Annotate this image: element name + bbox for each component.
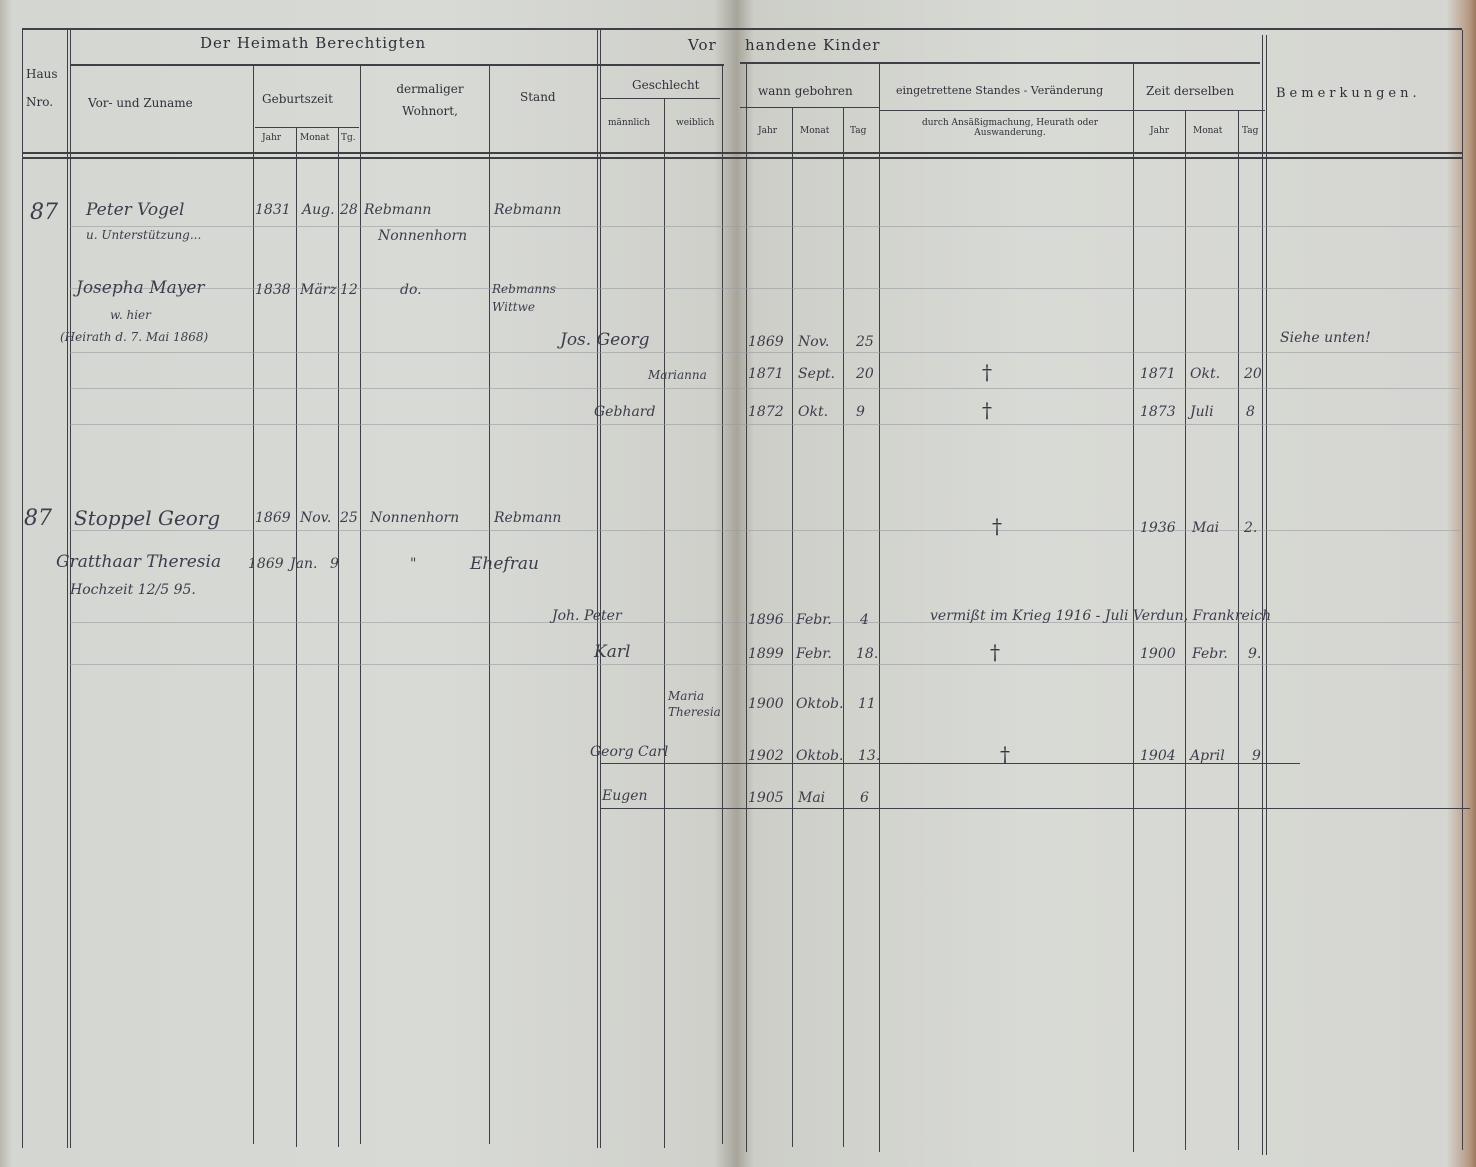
standes-veraenderung-header: eingetrettene Standes - Veränderung [896, 84, 1103, 97]
kind-monat-header: Monat [800, 126, 829, 136]
event-month: Juli [1190, 404, 1214, 420]
tag-header: Tg. [341, 133, 356, 143]
child-birth-day: 9 [856, 404, 865, 420]
zeit-jahr-header: Jahr [1150, 126, 1169, 136]
head-birth-month: Nov. [300, 510, 331, 526]
right-title-part1: Vor [688, 36, 717, 54]
event-day: 9. [1248, 646, 1261, 662]
child-birth-day: 6 [860, 790, 869, 806]
head-birth-day: 25 [340, 510, 358, 526]
zeit-monat-header: Monat [1193, 126, 1222, 136]
spouse-birth-day: 9 [330, 556, 339, 572]
child-birth-day: 13. [858, 748, 880, 764]
spouse-stand: Rebmanns Wittwe [492, 280, 592, 316]
haus-nr: 87 [30, 200, 58, 225]
child-name: Maria Theresia [668, 688, 724, 720]
name-column-header: Vor- und Zuname [88, 96, 193, 110]
child-birth-month: Febr. [796, 612, 832, 628]
head-stand: Rebmann [494, 202, 561, 218]
death-cross-icon: † [992, 514, 1002, 538]
child-event-note: vermißt im Krieg 1916 - Juli Verdun, Fra… [930, 608, 1271, 624]
spouse-birth-month: März [300, 282, 337, 298]
child-name: Gebhard [594, 404, 655, 420]
event-day: 9 [1252, 748, 1261, 764]
head-stand: Rebmann [494, 510, 561, 526]
child-name: Marianna [648, 368, 707, 382]
event-year: 1873 [1140, 404, 1176, 420]
spouse-birth-year: 1869 [248, 556, 284, 572]
zeit-derselben-header: Zeit derselben [1146, 84, 1234, 98]
child-birth-year: 1899 [748, 646, 784, 662]
head-birth-year: 1831 [255, 202, 291, 218]
zeit-tag-header: Tag [1242, 126, 1258, 136]
child-birth-year: 1871 [748, 366, 784, 382]
child-birth-month: Sept. [798, 366, 835, 382]
event-month: Okt. [1190, 366, 1220, 382]
child-birth-day: 25 [856, 334, 874, 350]
child-birth-day: 18. [856, 646, 878, 662]
wohnort-header: dermaliger Wohnort, [375, 78, 485, 122]
bemerkungen-header: Bemerkungen. [1276, 86, 1421, 101]
weiblich-header: weiblich [676, 118, 714, 128]
child-birth-month: Febr. [796, 646, 832, 662]
event-year: 1900 [1140, 646, 1176, 662]
child-birth-year: 1872 [748, 404, 784, 420]
spouse-marriage-note: (Heirath d. 7. Mai 1868) [60, 330, 208, 344]
head-wohnort: Nonnenhorn [378, 228, 467, 244]
spouse-wedding-note: Hochzeit 12/5 95. [70, 582, 196, 598]
event-month: Febr. [1192, 646, 1228, 662]
right-page [736, 0, 1476, 1167]
jahr-header: Jahr [262, 133, 281, 143]
death-cross-icon: † [982, 360, 992, 384]
geburtszeit-header: Geburtszeit [262, 92, 333, 106]
event-month: Mai [1192, 520, 1219, 536]
head-birth-year: 1869 [255, 510, 291, 526]
child-remark: Siehe unten! [1280, 330, 1371, 346]
head-name: Peter Vogel [86, 200, 185, 220]
event-year: 1871 [1140, 366, 1176, 382]
standes-sub-header: durch Ansäßigmachung, Heurath oder Auswa… [905, 118, 1115, 138]
child-birth-day: 11 [858, 696, 876, 712]
child-name: Eugen [602, 788, 648, 804]
head-note: u. Unterstützung... [86, 228, 201, 242]
geschlecht-header: Geschlecht [632, 78, 700, 92]
child-birth-year: 1869 [748, 334, 784, 350]
head-birth-month: Aug. [302, 202, 335, 218]
left-title: Der Heimath Berechtigten [200, 34, 426, 52]
event-day: 8 [1246, 404, 1255, 420]
spouse-note: w. hier [110, 308, 151, 322]
haus-nro-header: Haus Nro. [26, 60, 66, 116]
spouse-birth-day: 12 [340, 282, 358, 298]
event-day: 20 [1244, 366, 1262, 382]
spouse-wohnort: " [410, 556, 416, 572]
head-wohnort: Nonnenhorn [370, 510, 459, 526]
child-birth-year: 1902 [748, 748, 784, 764]
spouse-birth-year: 1838 [255, 282, 291, 298]
kind-tag-header: Tag [850, 126, 866, 136]
maennlich-header: männlich [608, 118, 650, 128]
child-birth-day: 20 [856, 366, 874, 382]
child-birth-month: Mai [798, 790, 825, 806]
child-name: Joh. Peter [552, 608, 622, 624]
wann-gebohren-header: wann gebohren [758, 84, 853, 98]
child-name: Jos. Georg [560, 330, 649, 350]
event-day: 2. [1244, 520, 1257, 536]
death-cross-icon: † [1000, 742, 1010, 766]
spouse-name: Gratthaar Theresia [56, 552, 221, 572]
event-year: 1936 [1140, 520, 1176, 536]
death-cross-icon: † [982, 398, 992, 422]
spouse-stand: Ehefrau [470, 554, 539, 574]
child-birth-month: Oktob. [796, 748, 843, 764]
child-birth-day: 4 [860, 612, 869, 628]
death-cross-icon: † [990, 640, 1000, 664]
spouse-wohnort: do. [400, 282, 422, 298]
child-name: Karl [594, 642, 630, 662]
child-name: Georg Carl [590, 744, 668, 760]
child-birth-month: Oktob. [796, 696, 843, 712]
spouse-birth-month: Jan. [290, 556, 317, 572]
event-year: 1904 [1140, 748, 1176, 764]
event-month: April [1190, 748, 1225, 764]
child-birth-year: 1900 [748, 696, 784, 712]
child-birth-year: 1905 [748, 790, 784, 806]
kind-jahr-header: Jahr [758, 126, 777, 136]
right-title-part2: handene Kinder [745, 36, 880, 54]
monat-header: Monat [300, 133, 329, 143]
child-birth-month: Okt. [798, 404, 828, 420]
child-birth-year: 1896 [748, 612, 784, 628]
child-birth-month: Nov. [798, 334, 829, 350]
haus-nr: 87 [24, 506, 52, 531]
head-name: Stoppel Georg [74, 506, 220, 530]
stand-header: Stand [520, 90, 556, 104]
head-birth-day: 28 [340, 202, 358, 218]
head-wohnort-prefix: Rebmann [364, 202, 431, 218]
spouse-name: Josepha Mayer [76, 278, 205, 298]
